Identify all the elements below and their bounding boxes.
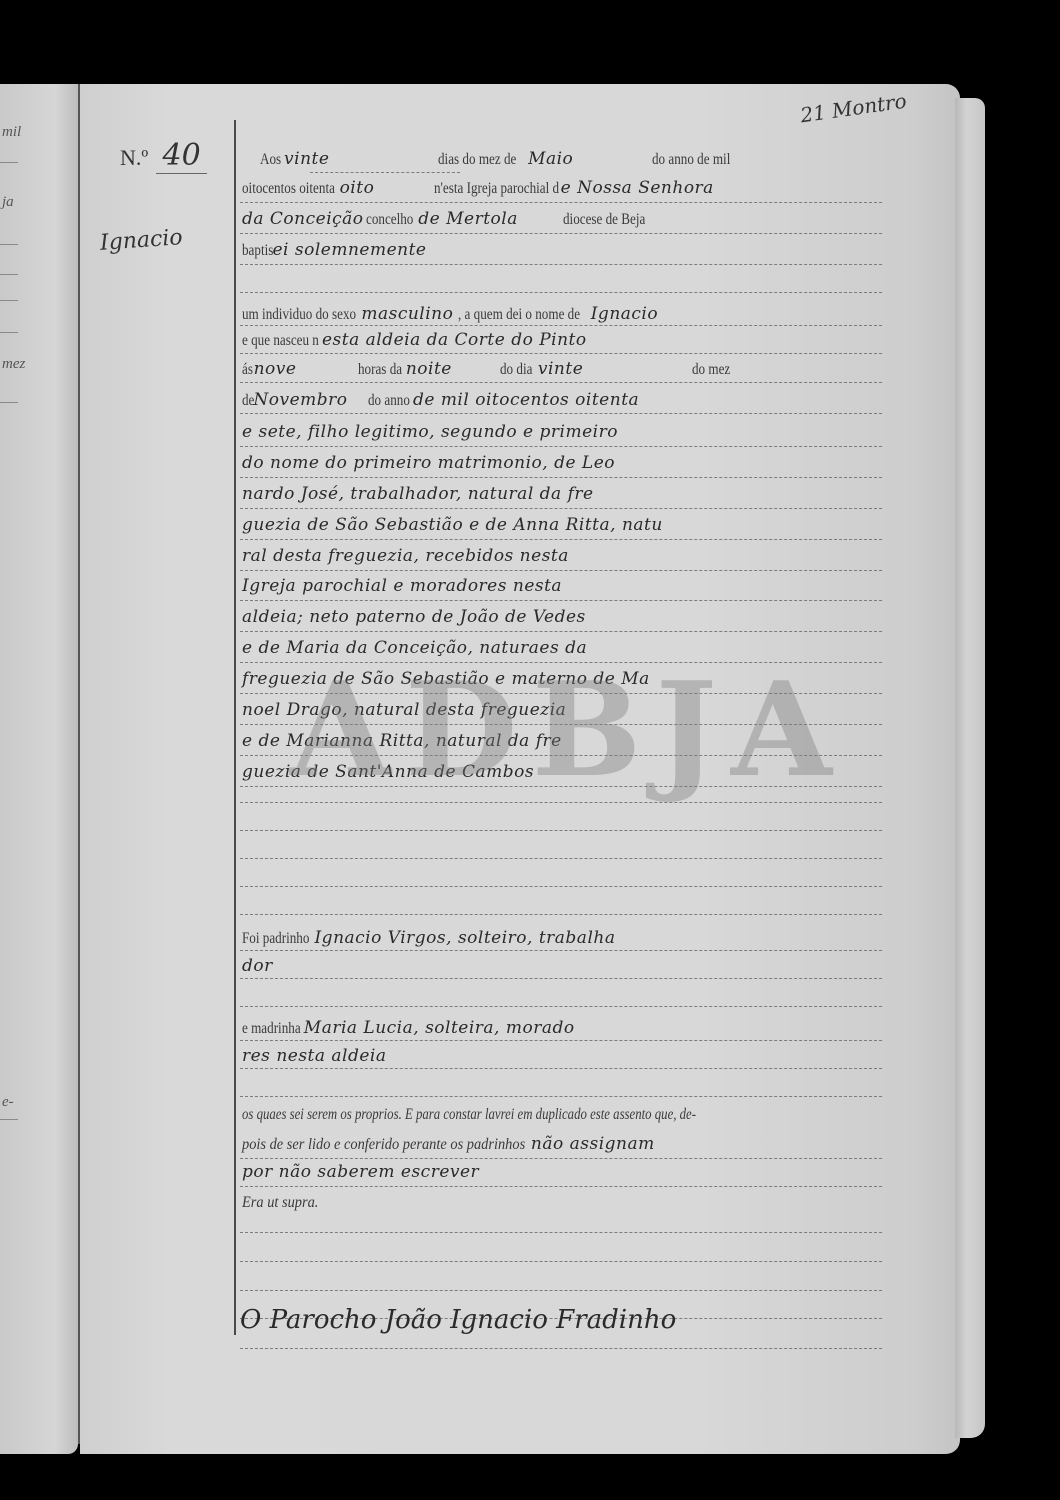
godfather-name: Ignacio Virgos, solteiro, trabalha xyxy=(314,928,615,948)
closing-line: pois de ser lido e conferido perante os … xyxy=(242,1130,882,1158)
handwritten-church: da Conceição xyxy=(242,205,362,233)
ruled-line xyxy=(240,1006,882,1007)
era-ut-supra: Era ut supra. xyxy=(242,1189,318,1217)
ruled-line xyxy=(240,914,882,915)
ruled-line xyxy=(240,1261,882,1262)
handwritten-line: ral desta freguezia, recebidos nesta xyxy=(242,542,882,570)
ruled-line xyxy=(240,802,882,803)
godfather-line: Foi padrinho Ignacio Virgos, solteiro, t… xyxy=(242,924,882,952)
printed-text: e que nasceu n xyxy=(242,327,319,355)
handwritten-baptism: ei solemnemente xyxy=(272,240,426,260)
ruled-line xyxy=(240,446,882,447)
margin-rule xyxy=(234,120,236,1335)
printed-text: ás xyxy=(242,356,253,384)
godmother-label: e madrinha xyxy=(242,1015,301,1043)
record-line: baptis ei solemnemente xyxy=(242,236,882,264)
ruled-line xyxy=(240,292,882,293)
ruled-line xyxy=(240,1068,882,1069)
godmother-continuation: res nesta aldeia xyxy=(242,1042,882,1070)
archive-watermark: ADBJA xyxy=(290,665,846,795)
handwritten-birth-year: de mil oitocentos oitenta xyxy=(413,390,639,410)
entry-number-value: 40 xyxy=(156,138,206,174)
ruled-line xyxy=(240,1040,882,1041)
page-stack-edge xyxy=(955,98,985,1438)
ruled-line xyxy=(240,830,882,831)
closing-line: os quaes sei serem os proprios. E para c… xyxy=(242,1100,882,1128)
record-line: oitocentos oitenta oito n'esta Igreja pa… xyxy=(242,174,882,202)
ruled-line xyxy=(240,1290,882,1291)
ruled-line xyxy=(240,570,882,571)
ruled-line xyxy=(0,1119,18,1120)
handwritten-council: de Mertola xyxy=(418,205,558,233)
ruled-line xyxy=(0,244,18,245)
entry-number: N.º 40 xyxy=(120,138,207,173)
ruled-line xyxy=(240,539,882,540)
printed-text: n'esta Igreja parochial d xyxy=(434,175,559,203)
handwritten-birth-month: Novembro xyxy=(253,386,363,414)
handwritten-hour: nove xyxy=(254,355,354,383)
printed-text: dias do mez de xyxy=(438,146,516,174)
ruled-line xyxy=(240,382,882,383)
left-page-fragment: ja xyxy=(2,194,14,211)
printed-text: oitocentos oitenta xyxy=(242,175,335,203)
printed-text: do dia xyxy=(500,356,532,384)
handwritten-month: Maio xyxy=(528,145,648,173)
priest-signature: O Parocho João Ignacio Fradinho xyxy=(240,1305,676,1335)
ruled-line xyxy=(240,1348,882,1349)
ruled-line xyxy=(240,477,882,478)
printed-text: diocese de Beja xyxy=(563,206,645,234)
ruled-line xyxy=(0,332,18,333)
godfather-continuation: dor xyxy=(242,952,882,980)
left-page-edge: mil ja mez e- xyxy=(0,84,78,1454)
handwritten-line: do nome do primeiro matrimonio, de Leo xyxy=(242,449,882,477)
godmother-name: Maria Lucia, solteira, morado xyxy=(304,1018,575,1038)
ruled-line xyxy=(240,631,882,632)
record-line: de Novembro do anno de mil oitocentos oi… xyxy=(242,386,882,414)
printed-text: de xyxy=(242,387,254,415)
handwritten-given-name: Ignacio xyxy=(591,304,658,324)
ruled-line xyxy=(0,402,18,403)
ruled-line xyxy=(240,978,882,979)
ruled-line xyxy=(0,300,18,301)
ruled-line xyxy=(0,162,18,163)
left-page-fragment: e- xyxy=(2,1094,14,1111)
closing-text: pois de ser lido e conferido perante os … xyxy=(242,1131,525,1159)
handwritten-signing-note: não assignam xyxy=(531,1134,655,1154)
handwritten-period: noite xyxy=(406,355,496,383)
record-line: da Conceição concelho de Mertola diocese… xyxy=(242,205,882,233)
printed-text: baptis xyxy=(242,237,273,265)
era-line: Era ut supra. xyxy=(242,1188,882,1216)
ruled-line xyxy=(240,1096,882,1097)
printed-text: Aos xyxy=(260,146,281,174)
printed-text: do anno de mil xyxy=(652,146,730,174)
left-page-fragment: mez xyxy=(2,356,25,373)
handwritten-church: e Nossa Senhora xyxy=(561,178,714,198)
handwritten-birth-day: vinte xyxy=(538,355,688,383)
ruled-line xyxy=(240,1232,882,1233)
record-line: Aos vinte dias do mez de Maio do anno de… xyxy=(260,145,900,173)
printed-text: horas da xyxy=(358,356,402,384)
left-page-fragment: mil xyxy=(2,124,21,141)
ruled-line xyxy=(0,274,18,275)
record-line: ás nove horas da noite do dia vinte do m… xyxy=(242,355,882,383)
handwritten-sex: masculino xyxy=(361,304,453,324)
closing-text: os quaes sei serem os proprios. E para c… xyxy=(242,1101,696,1129)
ruled-line xyxy=(240,600,882,601)
ruled-line xyxy=(310,172,460,173)
printed-text: do anno xyxy=(368,387,410,415)
handwritten-line: e sete, filho legitimo, segundo e primei… xyxy=(242,418,882,446)
printed-text: do mez xyxy=(692,356,730,384)
printed-text: concelho xyxy=(366,206,413,234)
ruled-line xyxy=(240,413,882,414)
ruled-line xyxy=(240,886,882,887)
godmother-line: e madrinha Maria Lucia, solteira, morado xyxy=(242,1014,882,1042)
ruled-line xyxy=(240,1186,882,1187)
handwritten-line: aldeia; neto paterno de João de Vedes xyxy=(242,603,882,631)
handwritten-line: nardo José, trabalhador, natural da fre xyxy=(242,480,882,508)
ruled-line xyxy=(240,202,882,203)
ruled-line xyxy=(240,950,882,951)
ruled-line xyxy=(240,858,882,859)
handwritten-year: oito xyxy=(340,174,430,202)
ruled-line xyxy=(240,233,882,234)
record-line: e que nasceu n esta aldeia da Corte do P… xyxy=(242,326,882,354)
handwritten-birthplace: esta aldeia da Corte do Pinto xyxy=(322,330,587,350)
handwritten-day: vinte xyxy=(284,145,434,173)
ruled-line xyxy=(240,508,882,509)
handwritten-signing-note: por não saberem escrever xyxy=(242,1158,882,1186)
ruled-line xyxy=(240,353,882,354)
entry-number-label: N.º xyxy=(120,145,148,170)
record-line: um individuo do sexo masculino , a quem … xyxy=(242,300,882,328)
handwritten-line: guezia de São Sebastião e de Anna Ritta,… xyxy=(242,511,882,539)
godfather-label: Foi padrinho xyxy=(242,925,309,953)
ruled-line xyxy=(240,264,882,265)
handwritten-line: Igreja parochial e moradores nesta xyxy=(242,572,882,600)
